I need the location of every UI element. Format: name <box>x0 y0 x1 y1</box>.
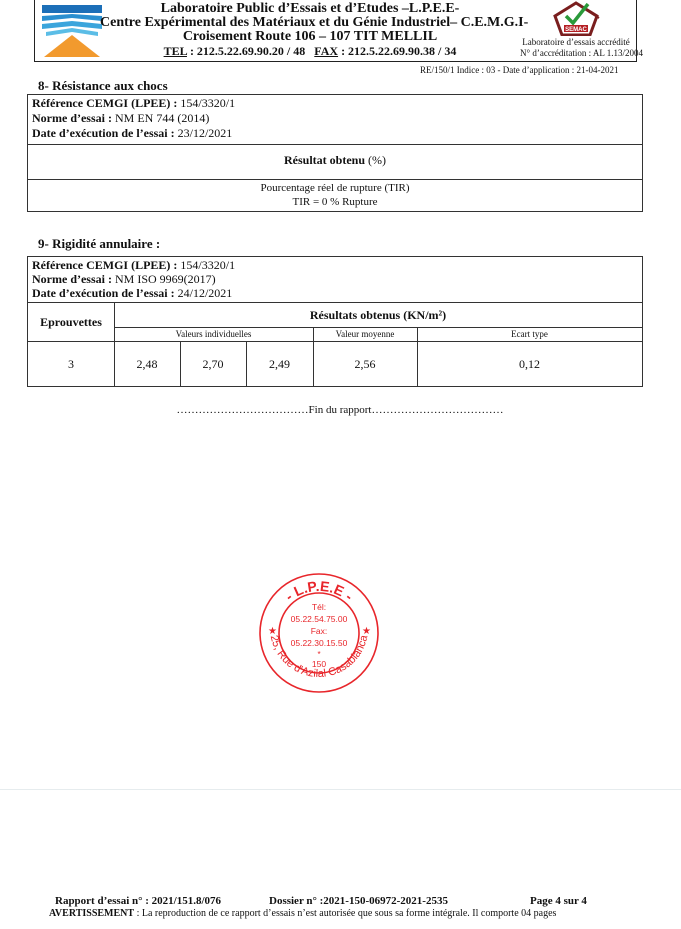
section-8-title: 8- Résistance aux chocs <box>38 78 168 94</box>
svg-text:Fax:: Fax: <box>311 626 328 636</box>
document-reference: RE/150/1 Indice : 03 - Date d’applicatio… <box>420 65 618 75</box>
accreditation-number: N° d’accréditation : AL 1.13/2004 <box>520 48 632 58</box>
svg-text:- L.P.E.E -: - L.P.E.E - <box>282 578 357 604</box>
end-of-report: ………………………………Fin du rapport……………………………… <box>160 404 520 416</box>
date-line: Date d’exécution de l’essai : 24/12/2021 <box>32 286 232 301</box>
lpee-stamp-icon: - L.P.E.E - 25, Rue d'Azilal Casablanca … <box>256 572 382 694</box>
dossier-number: Dossier n° :2021-150-06972-2021-2535 <box>269 895 448 907</box>
reference-line: Référence CEMGI (LPEE) : 154/3320/1 <box>32 96 235 111</box>
page-fold-line <box>0 789 681 790</box>
svg-text:*: * <box>317 650 320 659</box>
cell-individual-1: 2,48 <box>114 357 180 372</box>
date-line: Date d’exécution de l’essai : 23/12/2021 <box>32 126 232 141</box>
section-9-title: 9- Rigidité annulaire : <box>38 236 160 252</box>
lab-address: Croisement Route 106 – 107 TIT MELLIL <box>100 29 520 45</box>
accreditation-label: Laboratoire d’essais accrédité <box>520 37 632 47</box>
subheader-individual: Valeurs individuelles <box>114 329 313 339</box>
fax-label: FAX <box>314 44 338 58</box>
page-number: Page 4 sur 4 <box>530 895 587 907</box>
fax-value: : 212.5.22.69.90.38 / 34 <box>338 44 456 58</box>
result-description: Pourcentage réel de rupture (TIR) <box>28 182 642 194</box>
column-header-specimens: Eprouvettes <box>28 315 114 330</box>
svg-text:★: ★ <box>362 626 371 637</box>
cell-individual-3: 2,49 <box>246 357 313 372</box>
table-top-border <box>28 302 642 303</box>
report-number: Rapport d’essai n° : 2021/151.8/076 <box>55 895 221 907</box>
letterhead-text: Laboratoire Public d’Essais et d’Etudes … <box>100 0 520 62</box>
svg-text:SEMAC: SEMAC <box>565 27 587 33</box>
svg-text:Tél:: Tél: <box>312 602 326 612</box>
row-border <box>28 341 642 342</box>
norm-line: Norme d’essai : NM EN 744 (2014) <box>32 111 209 126</box>
column-header-results: Résultats obtenus (KN/m²) <box>114 308 642 323</box>
norm-line: Norme d’essai : NM ISO 9969(2017) <box>32 272 216 287</box>
lpee-logo-icon <box>42 5 102 57</box>
tel-value: : 212.5.22.69.90.20 / 48 <box>187 44 305 58</box>
svg-text:★: ★ <box>268 626 277 637</box>
cell-mean: 2,56 <box>313 357 417 372</box>
subheader-border <box>114 327 642 328</box>
result-value: TIR = 0 % Rupture <box>28 196 642 208</box>
result-header: Résultat obtenu (%) <box>28 153 642 168</box>
lab-contacts: TEL : 212.5.22.69.90.20 / 48 FAX : 212.5… <box>100 44 520 59</box>
section-8-box: Référence CEMGI (LPEE) : 154/3320/1 Norm… <box>27 94 643 212</box>
svg-text:05.22.54.75.00: 05.22.54.75.00 <box>291 614 348 624</box>
section-9-box: Référence CEMGI (LPEE) : 154/3320/1 Norm… <box>27 256 643 387</box>
divider <box>28 144 642 145</box>
cell-std: 0,12 <box>417 357 642 372</box>
semac-checkmark-badge-icon: SEMAC <box>550 0 602 36</box>
tel-label: TEL <box>164 44 187 58</box>
svg-text:150: 150 <box>312 659 326 669</box>
accreditation-block: SEMAC Laboratoire d’essais accrédité N° … <box>520 0 632 60</box>
divider <box>28 179 642 180</box>
footer-warning: AVERTISSEMENT : La reproduction de ce ra… <box>49 908 556 919</box>
reference-line: Référence CEMGI (LPEE) : 154/3320/1 <box>32 258 235 273</box>
cell-specimens: 3 <box>28 357 114 372</box>
subheader-mean: Valeur moyenne <box>313 329 417 339</box>
cell-individual-2: 2,70 <box>180 357 246 372</box>
svg-text:05.22.30.15.50: 05.22.30.15.50 <box>291 638 348 648</box>
subheader-std: Ecart type <box>417 329 642 339</box>
